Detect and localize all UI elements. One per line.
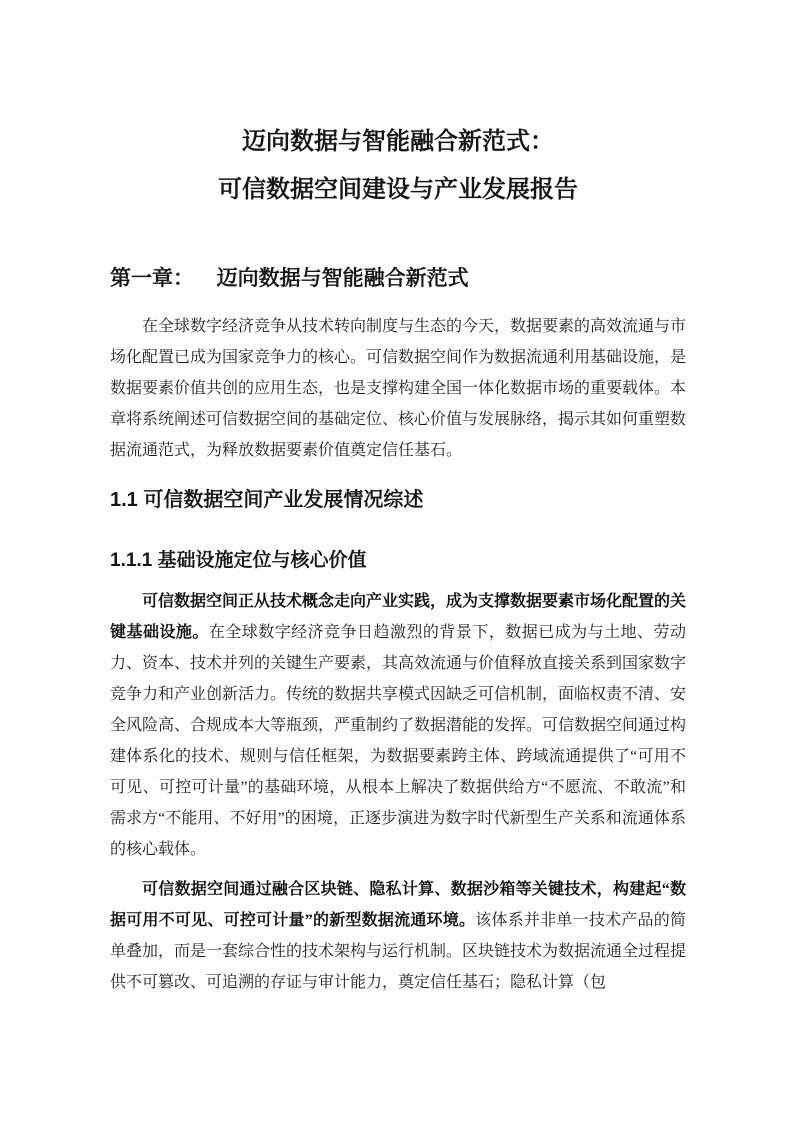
text-run: 在全球数字经济竞争日趋激烈的背景下，数据已成为与土地、劳动力、资本、技术并列的关…: [110, 624, 686, 858]
chapter-1-label: 第一章：: [110, 267, 194, 290]
document-page: 迈向数据与智能融合新范式： 可信数据空间建设与产业发展报告 第一章： 迈向数据与…: [0, 0, 793, 1122]
section-1-1-heading: 1.1 可信数据空间产业发展情况综述: [110, 486, 686, 514]
chapter-1-intro-paragraph: 在全球数字经济竞争从技术转向制度与生态的今天，数据要素的高效流通与市场化配置已成…: [110, 311, 686, 466]
chapter-1-heading: 第一章： 迈向数据与智能融合新范式: [110, 264, 686, 294]
subsection-1-1-1-heading: 1.1.1 基础设施定位与核心价值: [110, 547, 686, 574]
chapter-1-title: 迈向数据与智能融合新范式: [217, 267, 469, 290]
document-title-line1: 迈向数据与智能融合新范式：: [110, 118, 686, 166]
document-title: 迈向数据与智能融合新范式： 可信数据空间建设与产业发展报告: [110, 0, 686, 214]
body-paragraph-2: 可信数据空间通过融合区块链、隐私计算、数据沙箱等关键技术，构建起“数据可用不可见…: [110, 874, 686, 998]
body-paragraph-1: 可信数据空间正从技术概念走向产业实践，成为支撑数据要素市场化配置的关键基础设施。…: [110, 586, 686, 865]
document-title-line2: 可信数据空间建设与产业发展报告: [110, 166, 686, 214]
